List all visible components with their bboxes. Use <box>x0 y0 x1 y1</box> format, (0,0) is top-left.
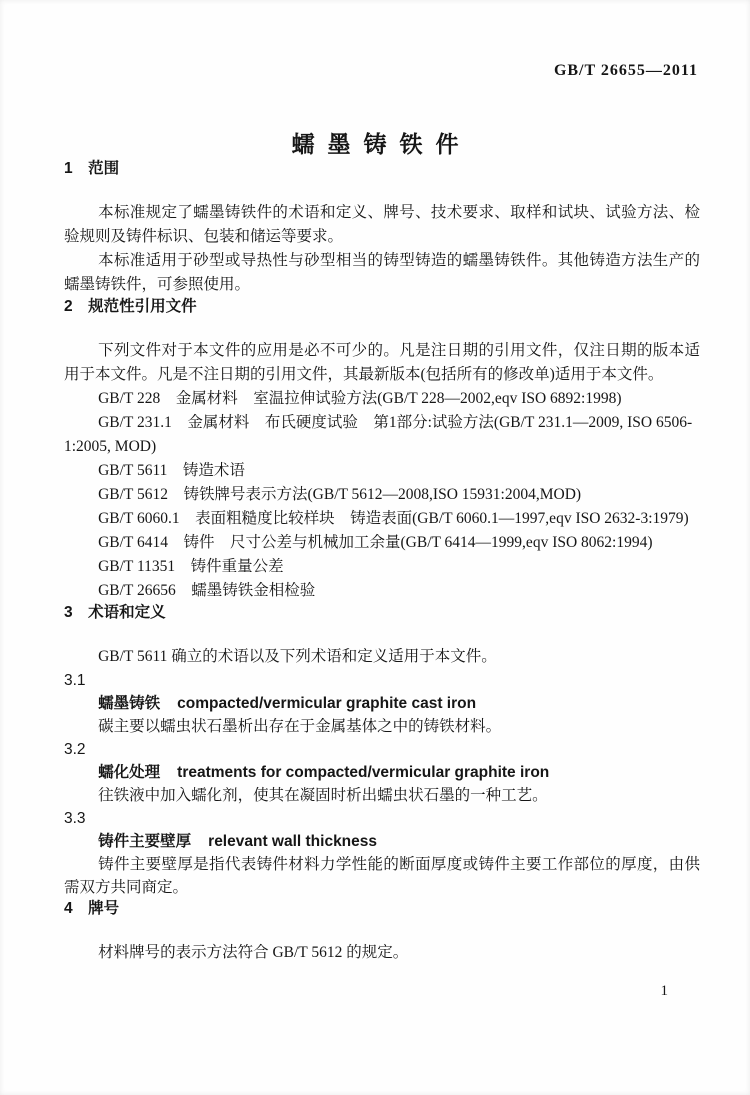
reference-item: GB/T 6060.1 表面粗糙度比较样块 铸造表面(GB/T 6060.1—1… <box>64 507 700 531</box>
document-page: GB/T 26655—2011 蠕墨铸铁件 1 范围 本标准规定了蠕墨铸铁件的术… <box>0 0 750 1095</box>
reference-item: GB/T 5611 铸造术语 <box>64 459 700 483</box>
definition-body: 往铁液中加入蠕化剂，使其在凝固时析出蠕虫状石墨的一种工艺。 <box>64 784 700 807</box>
normative-references-intro: 下列文件对于本文件的应用是必不可少的。凡是注日期的引用文件，仅注日期的版本适用于… <box>64 339 700 387</box>
scope-paragraph-1: 本标准规定了蠕墨铸铁件的术语和定义、牌号、技术要求、取样和试块、试验方法、检验规… <box>64 201 700 249</box>
section-2-heading: 2 规范性引用文件 <box>64 297 700 317</box>
section-1-heading: 1 范围 <box>64 159 700 179</box>
definition-term-en: compacted/vermicular graphite cast iron <box>177 695 476 712</box>
reference-item: GB/T 6414 铸件 尺寸公差与机械加工余量(GB/T 6414—1999,… <box>64 531 700 555</box>
section-4-heading: 4 牌号 <box>64 899 700 919</box>
reference-item: GB/T 231.1 金属材料 布氏硬度试验 第1部分:试验方法(GB/T 23… <box>64 411 700 459</box>
reference-item: GB/T 5612 铸铁牌号表示方法(GB/T 5612—2008,ISO 15… <box>64 483 700 507</box>
definition-term-cn: 蠕化处理 <box>98 764 160 781</box>
designation-paragraph: 材料牌号的表示方法符合 GB/T 5612 的规定。 <box>64 941 700 965</box>
terms-intro: GB/T 5611 确立的术语以及下列术语和定义适用于本文件。 <box>64 645 700 669</box>
definition-number: 3.1 <box>64 669 700 692</box>
definition-number: 3.2 <box>64 738 700 761</box>
definition-term: 蠕化处理treatments for compacted/vermicular … <box>64 761 700 784</box>
page-number: 1 <box>64 979 700 1003</box>
definition-body: 碳主要以蠕虫状石墨析出存在于金属基体之中的铸铁材料。 <box>64 715 700 738</box>
definition-term: 蠕墨铸铁compacted/vermicular graphite cast i… <box>64 692 700 715</box>
definition-body: 铸件主要壁厚是指代表铸件材料力学性能的断面厚度或铸件主要工作部位的厚度，由供需双… <box>64 853 700 899</box>
scope-paragraph-2: 本标准适用于砂型或导热性与砂型相当的铸型铸造的蠕墨铸铁件。其他铸造方法生产的蠕墨… <box>64 249 700 297</box>
standard-code: GB/T 26655—2011 <box>0 62 750 80</box>
document-body: 1 范围 本标准规定了蠕墨铸铁件的术语和定义、牌号、技术要求、取样和试块、试验方… <box>64 159 700 1003</box>
reference-item: GB/T 26656 蠕墨铸铁金相检验 <box>64 579 700 603</box>
definition-term: 铸件主要壁厚relevant wall thickness <box>64 830 700 853</box>
reference-item: GB/T 228 金属材料 室温拉伸试验方法(GB/T 228—2002,eqv… <box>64 387 700 411</box>
reference-item: GB/T 11351 铸件重量公差 <box>64 555 700 579</box>
document-title: 蠕墨铸铁件 <box>0 126 750 159</box>
definition-number: 3.3 <box>64 807 700 830</box>
definition-term-cn: 铸件主要壁厚 <box>98 833 191 850</box>
definition-term-en: treatments for compacted/vermicular grap… <box>177 764 549 781</box>
definition-term-cn: 蠕墨铸铁 <box>98 695 160 712</box>
section-3-heading: 3 术语和定义 <box>64 603 700 623</box>
definition-term-en: relevant wall thickness <box>208 833 377 850</box>
